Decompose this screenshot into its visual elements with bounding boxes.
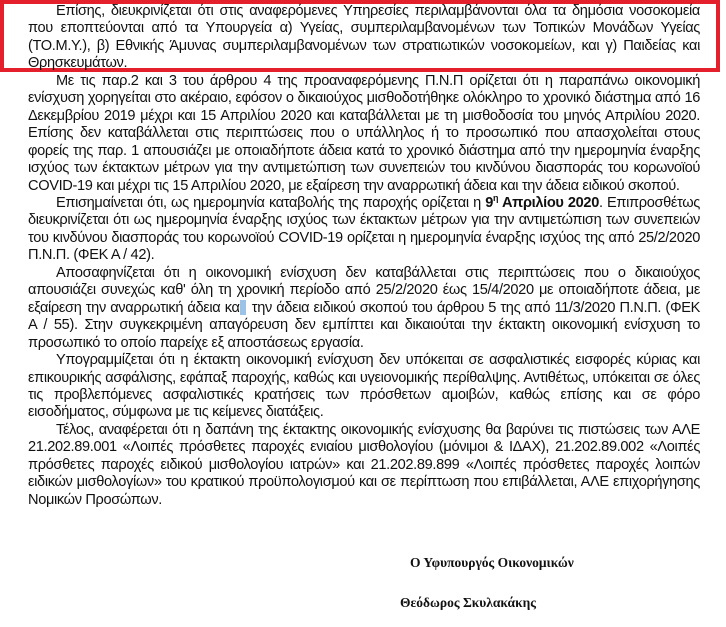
payment-date-intro: Επισημαίνεται ότι, ως ημερομηνία καταβολ… <box>56 195 485 211</box>
payment-date-bold: 9η Απριλίου 2020 <box>485 195 599 211</box>
paragraph-exclusions[interactable]: Αποσαφηνίζεται ότι η οικονομική ενίσχυση… <box>28 265 700 352</box>
paragraph-hospitals-clarification: Επίσης, διευκρινίζεται ότι στις αναφερόμ… <box>28 3 700 73</box>
signature-name: Θεόδωρος Σκυλακάκης <box>0 595 726 611</box>
text-cursor-selection <box>240 300 246 315</box>
paragraph-budget-lines: Τέλος, αναφέρεται ότι η δαπάνη της έκτακ… <box>28 422 700 509</box>
payment-day: 9 <box>485 195 493 211</box>
paragraph-payment-date: Επισημαίνεται ότι, ως ημερομηνία καταβολ… <box>28 195 700 265</box>
paragraph-payment-conditions: Με τις παρ.2 και 3 του άρθρου 4 της προα… <box>28 73 700 195</box>
signature-title: Ο Υφυπουργός Οικονομικών <box>0 555 726 571</box>
document-body: Επίσης, διευκρινίζεται ότι στις αναφερόμ… <box>28 3 700 509</box>
paragraph-insurance-deductions: Υπογραμμίζεται ότι η έκτακτη οικονομική … <box>28 352 700 422</box>
payment-month-year: Απριλίου 2020 <box>498 195 599 211</box>
